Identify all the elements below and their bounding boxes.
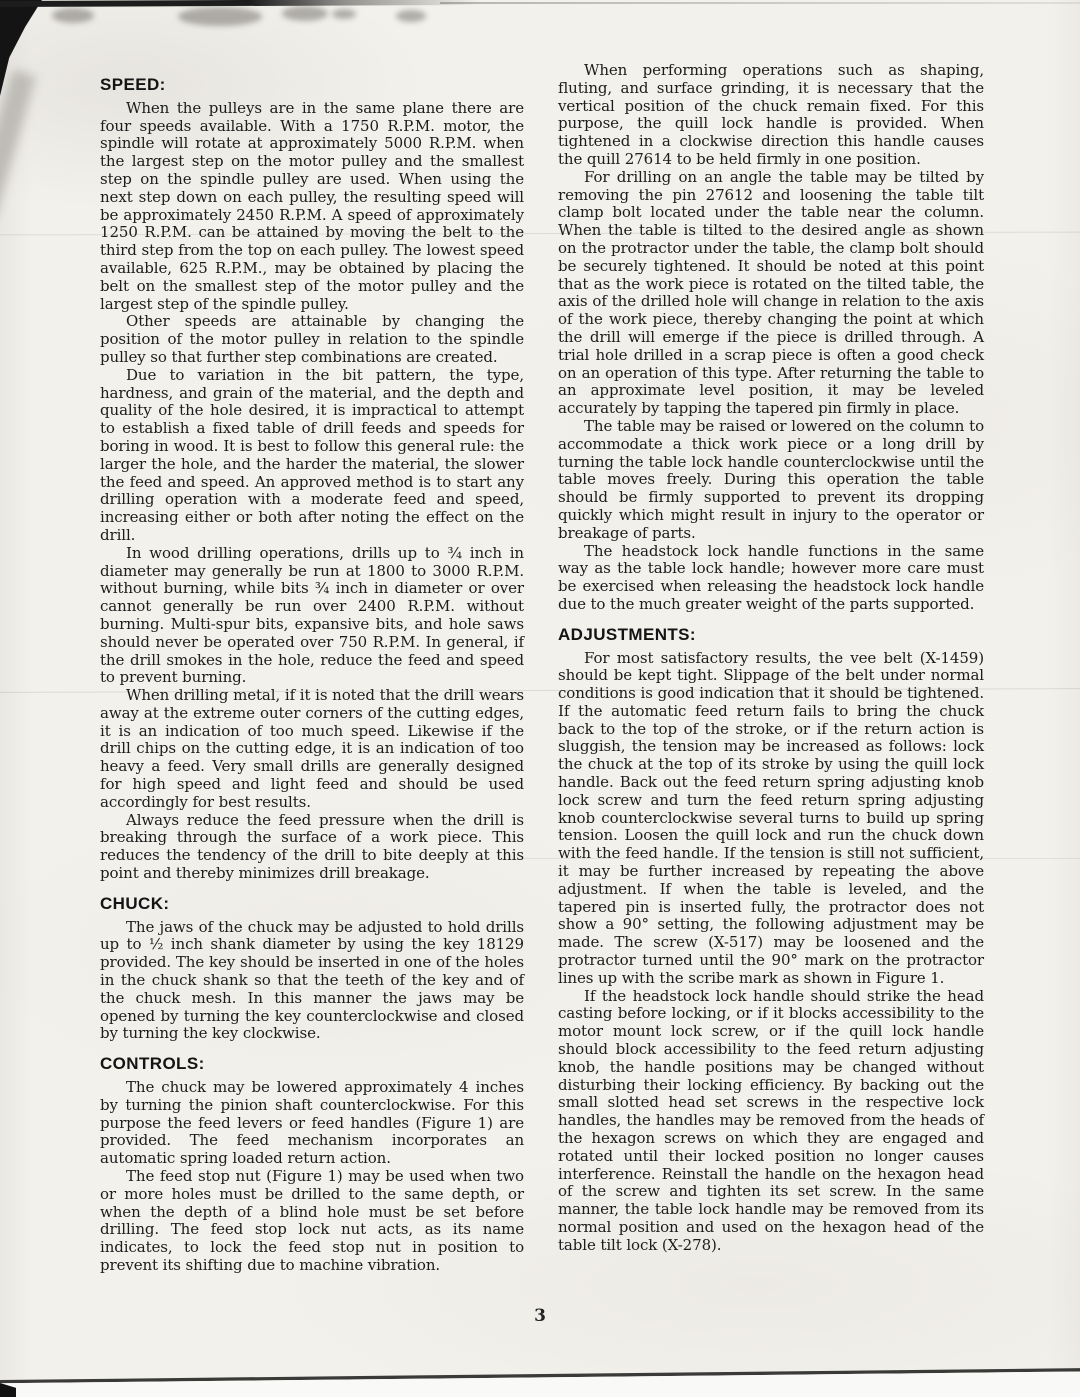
section-heading-speed: SPEED: (100, 76, 524, 94)
speed-para-2: Other speeds are attainable by changing … (100, 313, 524, 366)
scan-smudge (178, 7, 262, 26)
chuck-para-1: The jaws of the chuck may be adjusted to… (100, 919, 524, 1044)
operations-para-2: For drilling on an angle the table may b… (558, 169, 984, 418)
speed-para-5: When drilling metal, if it is noted that… (100, 687, 524, 812)
adjustments-para-1: For most satisfactory results, the vee b… (558, 650, 984, 988)
speed-para-1: When the pulleys are in the same plane t… (100, 100, 524, 314)
scan-top-edge-line-faint (440, 2, 1080, 4)
scan-top-edge-line (0, 0, 480, 7)
section-heading-adjustments: ADJUSTMENTS: (558, 626, 984, 644)
scan-smudge (396, 10, 426, 22)
adjustments-para-2: If the headstock lock handle should stri… (558, 988, 984, 1255)
speed-para-3: Due to variation in the bit pattern, the… (100, 367, 524, 545)
scan-streak (0, 70, 36, 221)
scanned-manual-page: SPEED: When the pulleys are in the same … (0, 0, 1080, 1397)
speed-para-6: Always reduce the feed pressure when the… (100, 812, 524, 883)
section-heading-controls: CONTROLS: (100, 1055, 524, 1073)
scan-smudge (52, 8, 94, 23)
right-column: When performing operations such as shapi… (558, 62, 984, 1255)
controls-para-2: The feed stop nut (Figure 1) may be used… (100, 1168, 524, 1275)
speed-para-4: In wood drilling operations, drills up t… (100, 545, 524, 687)
operations-para-3: The table may be raised or lowered on th… (558, 418, 984, 543)
page-number: 3 (0, 1306, 1080, 1326)
controls-para-1: The chuck may be lowered approximately 4… (100, 1079, 524, 1168)
left-column: SPEED: When the pulleys are in the same … (100, 76, 524, 1275)
section-heading-chuck: CHUCK: (100, 895, 524, 913)
scan-smudge (332, 9, 356, 19)
scan-smudge (282, 6, 328, 21)
operations-para-1: When performing operations such as shapi… (558, 62, 984, 169)
operations-para-4: The headstock lock handle functions in t… (558, 543, 984, 614)
